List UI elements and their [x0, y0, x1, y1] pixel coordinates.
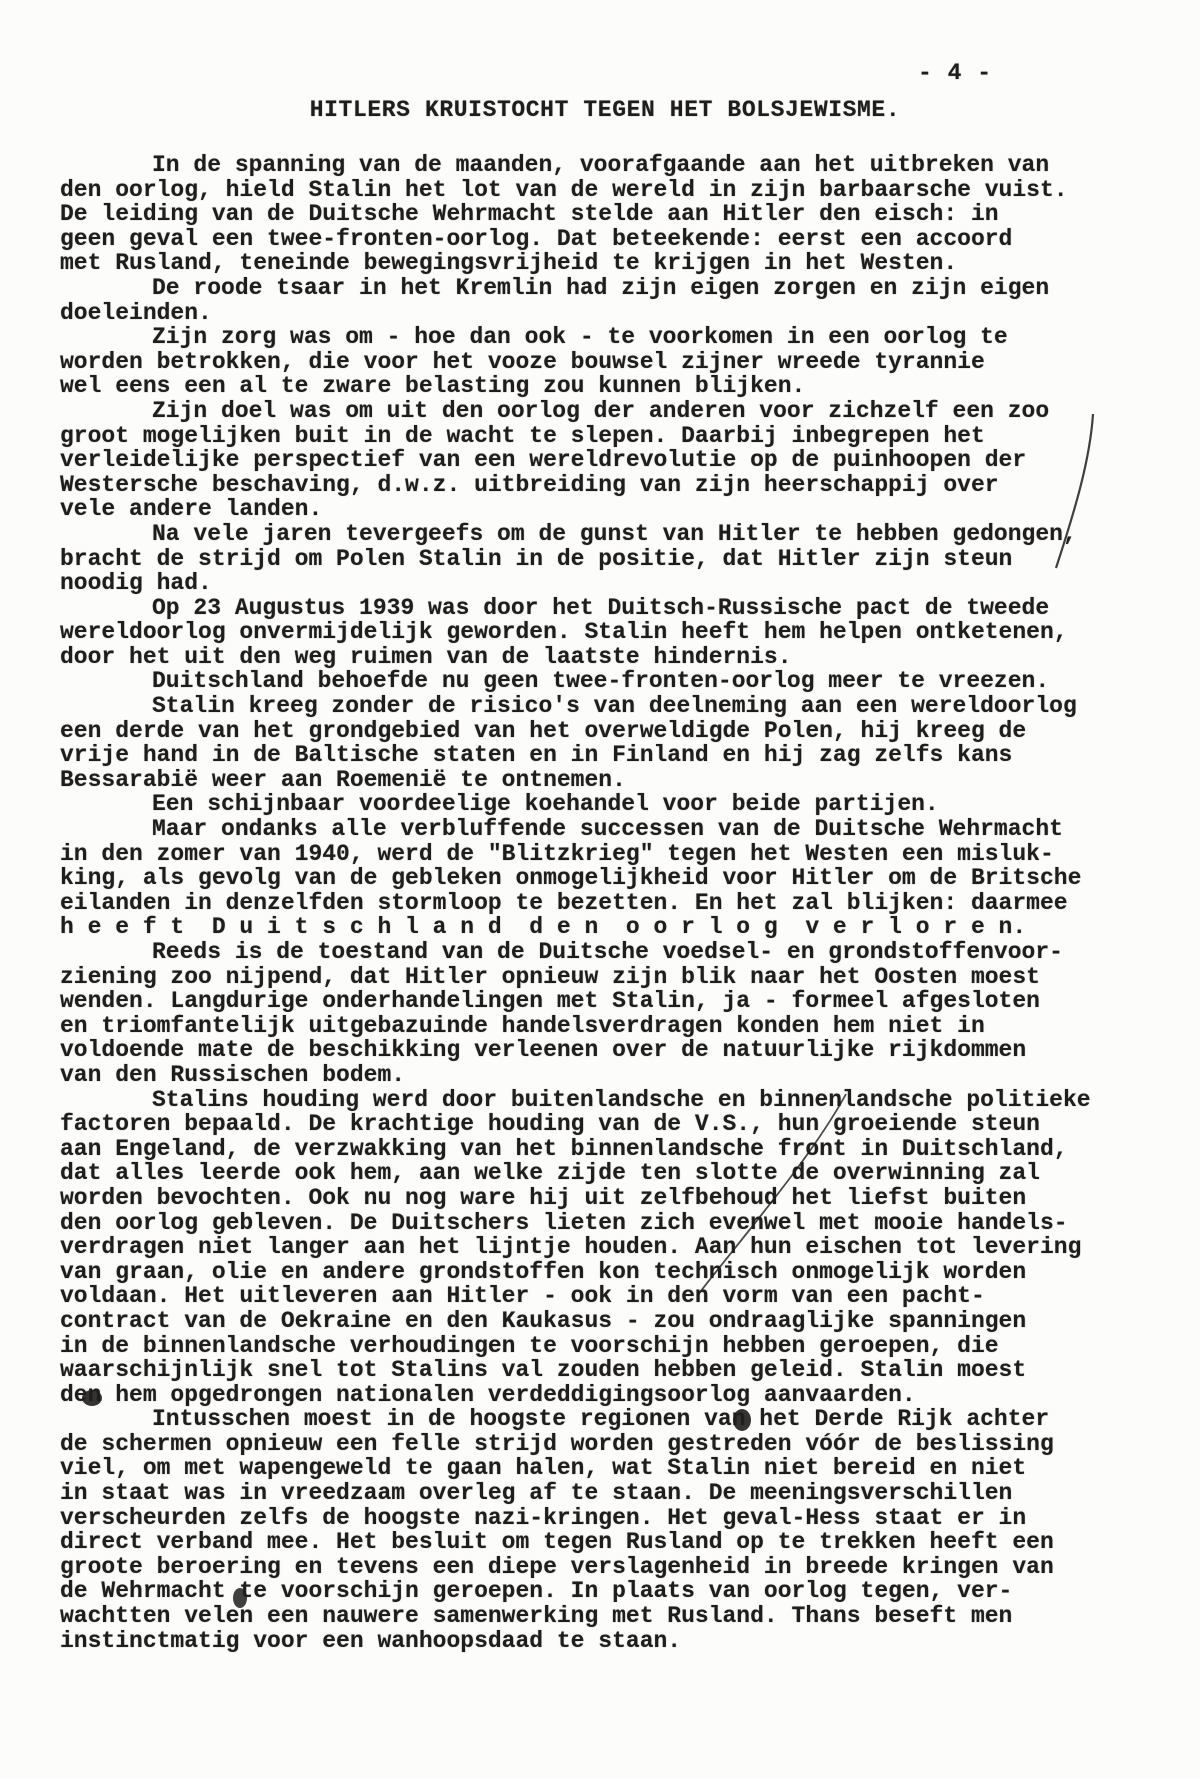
text-line: Zijn doel was om uit den oorlog der ande…	[60, 399, 1150, 424]
text-line: de Wehrmacht te voorschijn geroepen. In …	[60, 1579, 1150, 1604]
text-line: verleidelijke perspectief van een wereld…	[60, 448, 1150, 473]
text-line: worden bevochten. Ook nu nog ware hij ui…	[60, 1186, 1150, 1211]
text-line: verscheurden zelfs de hoogste nazi-kring…	[60, 1506, 1150, 1531]
text-line: Reeds is de toestand van de Duitsche voe…	[60, 940, 1150, 965]
text-line: noodig had.	[60, 571, 1150, 596]
text-line: van graan, olie en andere grondstoffen k…	[60, 1260, 1150, 1285]
text-line: wachtten velen een nauwere samenwerking …	[60, 1604, 1150, 1629]
text-line: Op 23 Augustus 1939 was door het Duitsch…	[60, 596, 1150, 621]
document-content: HITLERS KRUISTOCHT TEGEN HET BOLSJEWISME…	[60, 98, 1150, 1653]
text-line: Duitschland behoefde nu geen twee-fronte…	[60, 669, 1150, 694]
document-title: HITLERS KRUISTOCHT TEGEN HET BOLSJEWISME…	[60, 98, 1150, 123]
text-line: in den zomer van 1940, werd de "Blitzkri…	[60, 842, 1150, 867]
text-line: Maar ondanks alle verbluffende successen…	[60, 817, 1150, 842]
text-line: in staat was in vreedzaam overleg af te …	[60, 1481, 1150, 1506]
paragraphs: In de spanning van de maanden, voorafgaa…	[60, 153, 1150, 1653]
text-line: Westersche beschaving, d.w.z. uitbreidin…	[60, 473, 1150, 498]
text-line: worden betrokken, die voor het vooze bou…	[60, 350, 1150, 375]
text-line: In de spanning van de maanden, voorafgaa…	[60, 153, 1150, 178]
scanned-document-page: - 4 - HITLERS KRUISTOCHT TEGEN HET BOLSJ…	[0, 0, 1200, 1778]
text-line: met Rusland, teneinde bewegingsvrijheid …	[60, 251, 1150, 276]
text-line: Na vele jaren tevergeefs om de gunst van…	[60, 522, 1150, 547]
text-line: h e e f t D u i t s c h l a n d d e n o …	[60, 915, 1150, 940]
text-line: wenden. Langdurige onderhandelingen met …	[60, 989, 1150, 1014]
text-line: dat alles leerde ook hem, aan welke zijd…	[60, 1161, 1150, 1186]
text-line: wereldoorlog onvermijdelijk geworden. St…	[60, 620, 1150, 645]
text-line: in de binnenlandsche verhoudingen te voo…	[60, 1334, 1150, 1359]
text-line: van den Russischen bodem.	[60, 1063, 1150, 1088]
text-line: direct verband mee. Het besluit om tegen…	[60, 1530, 1150, 1555]
text-line: verdragen niet langer aan het lijntje ho…	[60, 1235, 1150, 1260]
text-line: geen geval een twee-fronten-oorlog. Dat …	[60, 227, 1150, 252]
text-line: Intusschen moest in de hoogste regionen …	[60, 1407, 1150, 1432]
text-line: ziening zoo nijpend, dat Hitler opnieuw …	[60, 965, 1150, 990]
text-line: factoren bepaald. De krachtige houding v…	[60, 1112, 1150, 1137]
text-line: en triomfantelijk uitgebazuinde handelsv…	[60, 1014, 1150, 1039]
text-line: vrije hand in de Baltische staten en in …	[60, 743, 1150, 768]
text-line: instinctmatig voor een wanhoopsdaad te s…	[60, 1629, 1150, 1654]
text-line: king, als gevolg van de gebleken onmogel…	[60, 866, 1150, 891]
text-line: doeleinden.	[60, 301, 1150, 326]
text-line: De roode tsaar in het Kremlin had zijn e…	[60, 276, 1150, 301]
text-line: eilanden in denzelfden stormloop te beze…	[60, 891, 1150, 916]
text-line: aan Engeland, de verzwakking van het bin…	[60, 1137, 1150, 1162]
text-line: bracht de strijd om Polen Stalin in de p…	[60, 547, 1150, 572]
text-line: den oorlog, hield Stalin het lot van de …	[60, 178, 1150, 203]
text-line: den hem opgedrongen nationalen verdeddig…	[60, 1383, 1150, 1408]
text-line: wel eens een al te zware belasting zou k…	[60, 374, 1150, 399]
text-line: voldaan. Het uitleveren aan Hitler - ook…	[60, 1284, 1150, 1309]
text-line: waarschijnlijk snel tot Stalins val zoud…	[60, 1358, 1150, 1383]
text-line: De leiding van de Duitsche Wehrmacht ste…	[60, 202, 1150, 227]
text-line: groote beroering en tevens een diepe ver…	[60, 1555, 1150, 1580]
text-line: den oorlog gebleven. De Duitschers liete…	[60, 1211, 1150, 1236]
text-line: de schermen opnieuw een felle strijd wor…	[60, 1432, 1150, 1457]
text-line: vele andere landen.	[60, 497, 1150, 522]
text-line: contract van de Oekraine en den Kaukasus…	[60, 1309, 1150, 1334]
text-line: door het uit den weg ruimen van de laats…	[60, 645, 1150, 670]
text-line: Een schijnbaar voordeelige koehandel voo…	[60, 792, 1150, 817]
page-number: - 4 -	[918, 60, 992, 86]
text-line: voldoende mate de beschikking verleenen …	[60, 1038, 1150, 1063]
text-line: Stalins houding werd door buitenlandsche…	[60, 1088, 1150, 1113]
text-line: groot mogelijken buit in de wacht te sle…	[60, 424, 1150, 449]
text-line: Stalin kreeg zonder de risico's van deel…	[60, 694, 1150, 719]
text-line: Bessarabië weer aan Roemenië te ontnemen…	[60, 768, 1150, 793]
text-line: een derde van het grondgebied van het ov…	[60, 719, 1150, 744]
text-line: Zijn zorg was om - hoe dan ook - te voor…	[60, 325, 1150, 350]
text-line: viel, om met wapengeweld te gaan halen, …	[60, 1456, 1150, 1481]
